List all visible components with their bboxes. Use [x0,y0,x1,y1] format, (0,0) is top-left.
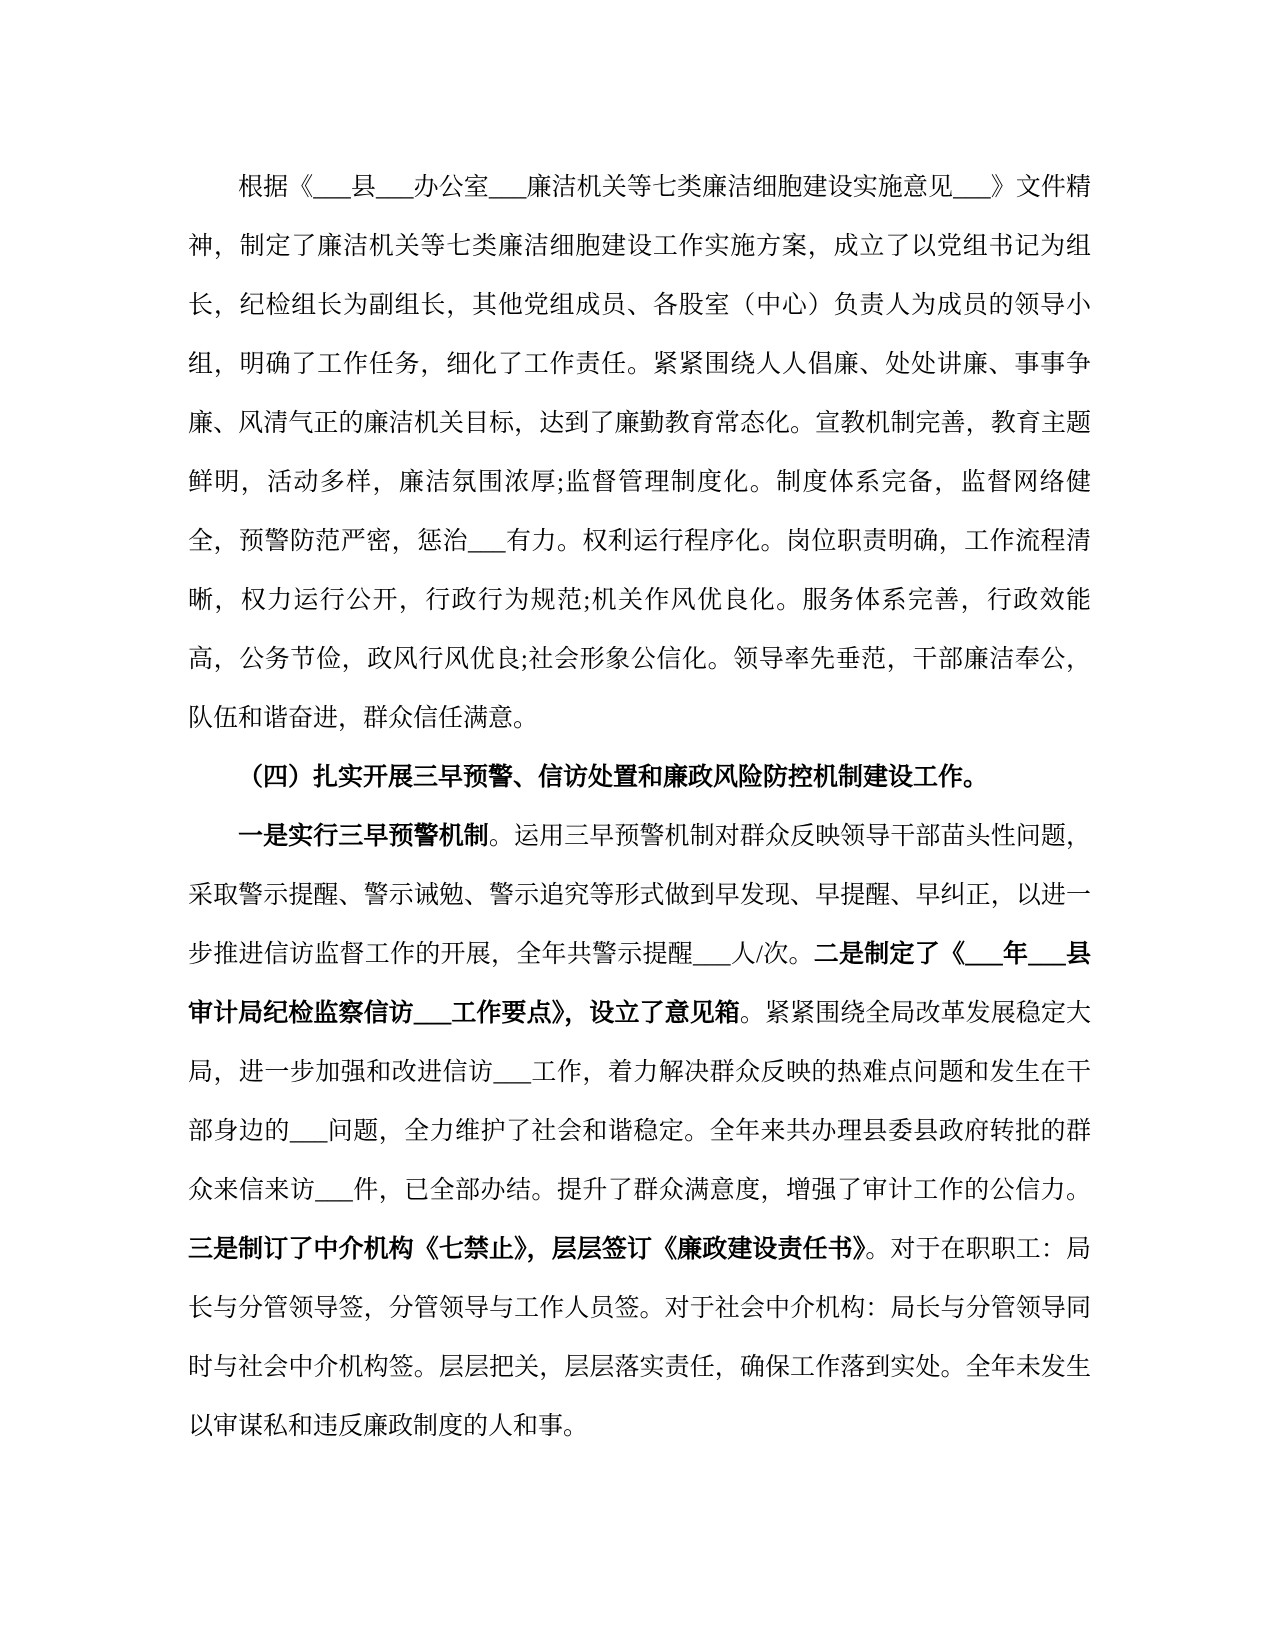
text-run: 三是制订了中介机构《七禁止》，层层签订《廉政建设责任书》 [188,1236,865,1263]
paragraph-intro: 根据《___县___办公室___廉洁机关等七类廉洁细胞建设实施意见___》文件精… [188,158,1091,748]
text-run: 一是实行三早预警机制 [238,823,489,850]
text-run: （四）扎实开展三早预警、信访处置和廉政风险防控机制建设工作。 [238,764,988,791]
text-run: 。紧紧围绕全局改革发展稳定大局，进一步加强和改进信访___工作，着力解决群众反映… [188,1000,1091,1204]
text-run: 根据《___县___办公室___廉洁机关等七类廉洁细胞建设实施意见___》文件精… [188,174,1091,732]
document-page: 根据《___县___办公室___廉洁机关等七类廉洁细胞建设实施意见___》文件精… [0,0,1275,1650]
text-run: 。对于在职职工：局长与分管领导签，分管领导与工作人员签。对于社会中介机构：局长与… [188,1236,1091,1440]
paragraph-body: 一是实行三早预警机制。运用三早预警机制对群众反映领导干部苗头性问题，采取警示提醒… [188,807,1091,1456]
paragraph-section-heading: （四）扎实开展三早预警、信访处置和廉政风险防控机制建设工作。 [188,748,1091,807]
document-content: 根据《___县___办公室___廉洁机关等七类廉洁细胞建设实施意见___》文件精… [188,158,1091,1456]
